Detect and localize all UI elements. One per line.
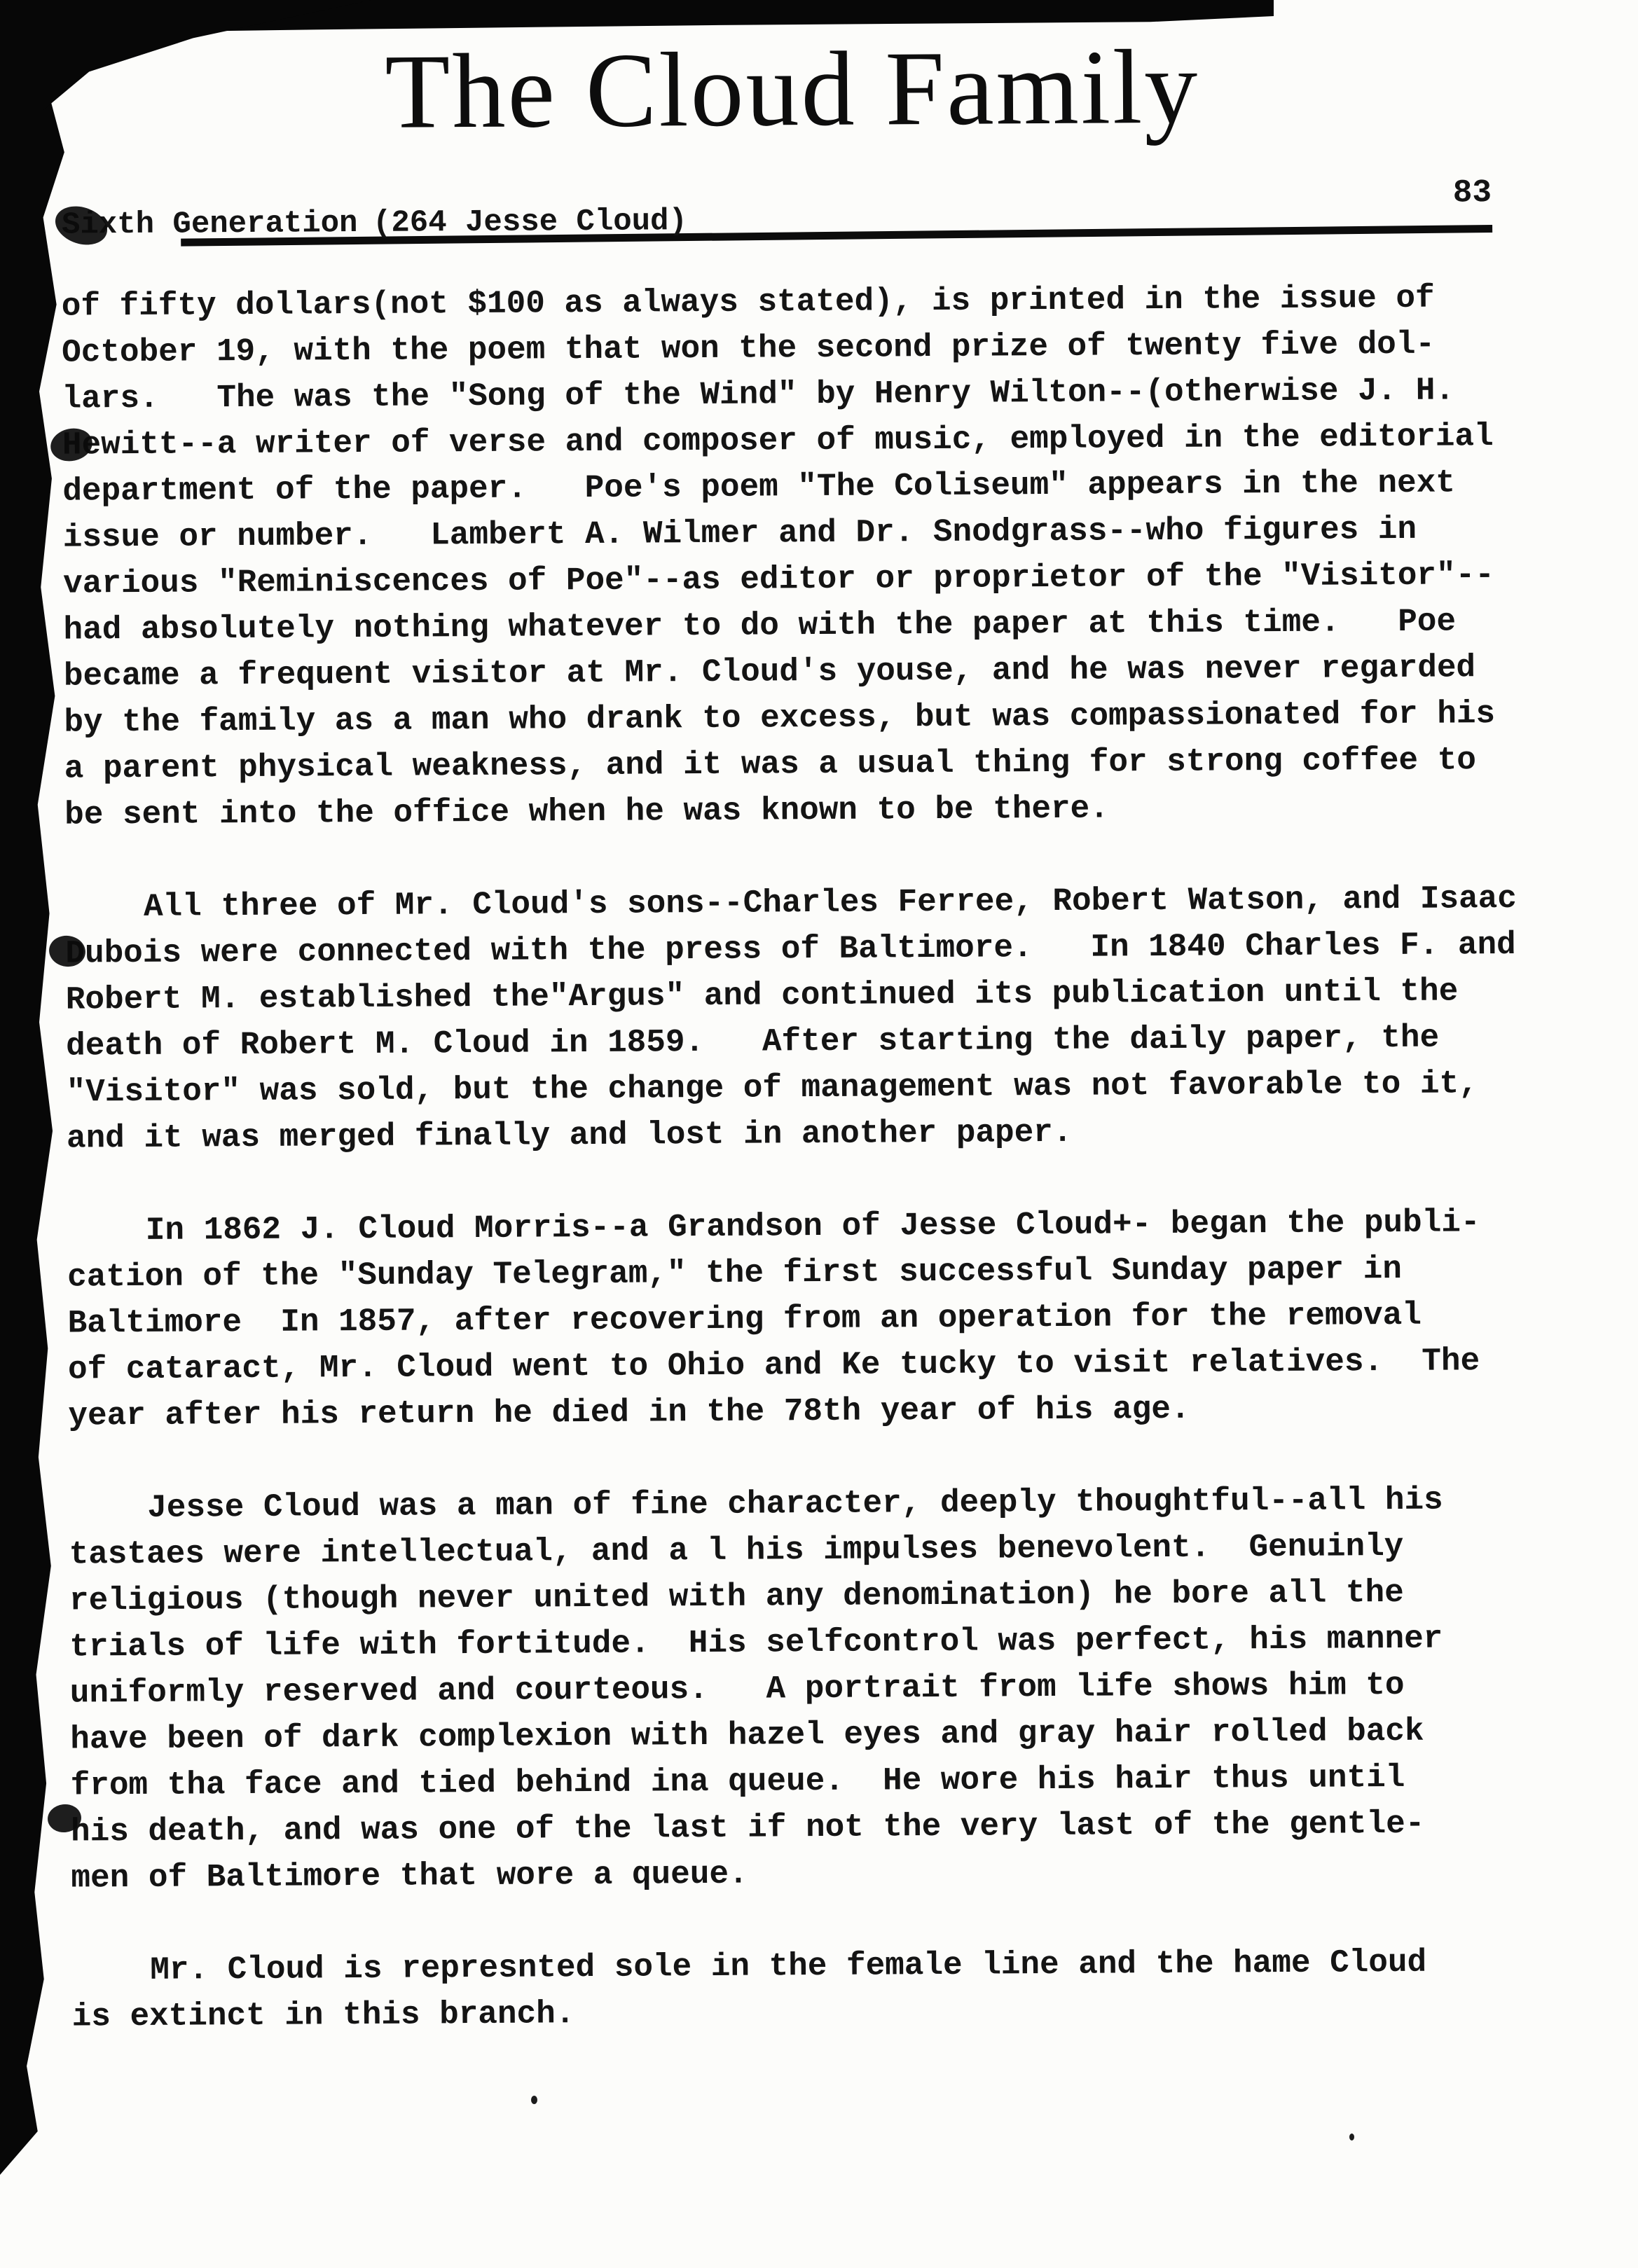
text-line: of cataract, Mr. Cloud went to Ohio and … [68, 1337, 1595, 1392]
text-line: be sent into the office when he was know… [64, 782, 1592, 838]
scan-speck [531, 2096, 537, 2104]
text-line: year after his return he died in the 78t… [68, 1383, 1595, 1439]
paragraph: All three of Mr. Cloud's sons--Charles F… [65, 875, 1594, 1161]
text-line: and it was merged finally and lost in an… [67, 1106, 1594, 1161]
paragraph: Mr. Cloud is represnted sole in the fema… [71, 1938, 1599, 2040]
text-line: men of Baltimore that wore a queue. [71, 1846, 1598, 1901]
text-line: a parent physical weakness, and it was a… [64, 736, 1592, 791]
text-line: Mr. Cloud is represnted sole in the fema… [71, 1938, 1599, 1993]
paragraph: In 1862 J. Cloud Morris--a Grandson of J… [67, 1198, 1596, 1439]
text-line: his death, and was one of the last if no… [71, 1799, 1598, 1855]
subject-heading: (264 Jesse Cloud) [373, 204, 687, 241]
scan-speck [1349, 2134, 1354, 2141]
text-line: is extinct in this branch. [71, 1984, 1599, 2040]
scanned-document-page: The Cloud Family 83 Sixth Generation (26… [0, 0, 1638, 2268]
paragraph: Jesse Cloud was a man of fine character,… [69, 1476, 1599, 1901]
page-title: The Cloud Family [161, 25, 1423, 154]
page-content: The Cloud Family 83 Sixth Generation (26… [0, 0, 1638, 2268]
page-number: 83 [1453, 174, 1492, 211]
paragraph: of fifty dollars(not $100 as always stat… [62, 274, 1592, 838]
body-text: of fifty dollars(not $100 as always stat… [62, 274, 1600, 2086]
text-line: "Visitor" was sold, but the change of ma… [66, 1060, 1593, 1115]
